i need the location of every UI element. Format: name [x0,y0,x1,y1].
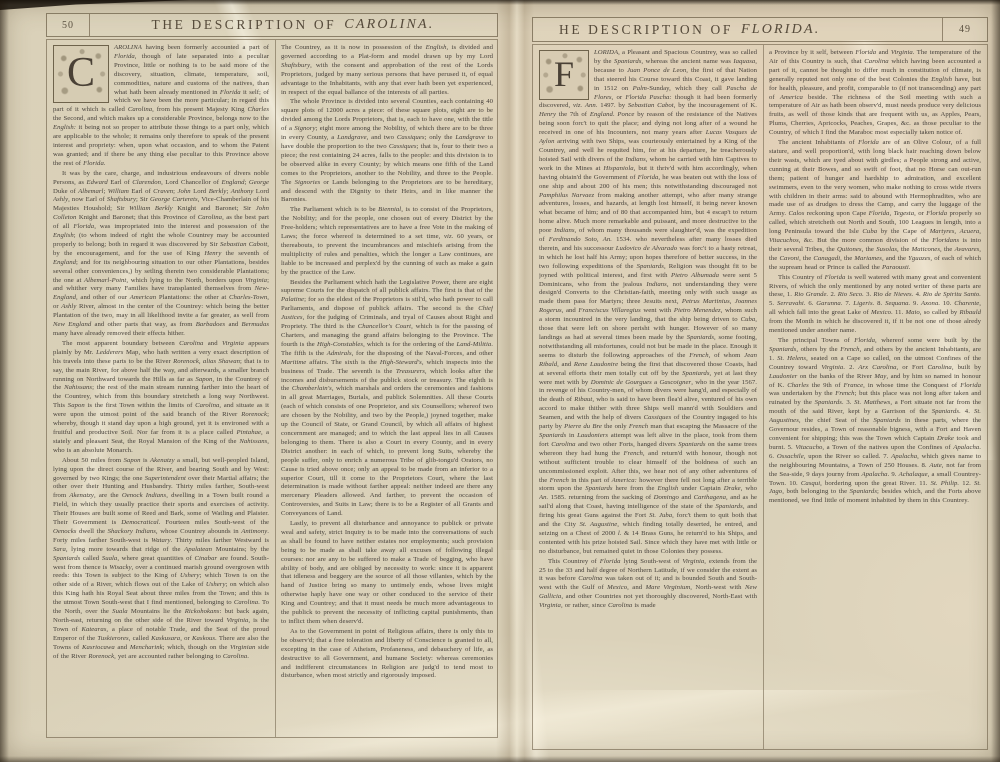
paragraph: Besides the Parliament which hath the Le… [281,279,493,519]
text-column-1: CAROLINA having been formerly accounted … [53,44,269,731]
paragraph-text: It was by the care, charge, and industri… [53,170,269,337]
paragraph-text: The whole Province is divided into sever… [281,98,493,203]
paragraph: a Province by it self, between Florida a… [769,49,981,138]
paragraph-text: a Province by it self, between Florida a… [769,49,981,136]
page-title: HE DESCRIPTION OF FLORIDA. [533,18,941,41]
scanned-book-spread: 50 THE DESCRIPTION OF CAROLINA. CAROLINA… [0,0,1000,762]
paragraph: The ancient Inhabitants of Florida are o… [769,139,981,273]
paragraph-text: The principal Towns of Florida, whereof … [769,337,981,504]
text-column-2: a Province by it self, between Florida a… [769,49,981,743]
paragraph-text: As to the Government in point of Religio… [281,628,493,680]
running-header: 50 THE DESCRIPTION OF CAROLINA. [46,13,498,37]
paragraph-text: The Parliament which is to be Biennial, … [281,206,493,275]
paragraph: The whole Province is divided into sever… [281,98,493,205]
paragraph-text: About 50 miles from Sapon is Akenatzy a … [53,457,269,660]
scan-edge-bottom [0,756,1000,762]
page-number: 50 [47,14,89,36]
ornate-drop-cap: C [53,45,109,103]
running-header: HE DESCRIPTION OF FLORIDA. 49 [532,17,988,42]
paragraph: The Parliament which is to be Biennial, … [281,206,493,277]
paragraph: The most apparent boundary between Carol… [53,340,269,456]
page-florida: HE DESCRIPTION OF FLORIDA. 49 FLORIDA, a… [532,0,988,762]
text-frame: FLORIDA, a Pleasant and Spacious Countre… [532,44,988,750]
page-number: 49 [943,18,987,41]
paragraph-text: This Countrey of Florida lying South-wes… [539,558,757,610]
page-carolina: 50 THE DESCRIPTION OF CAROLINA. CAROLINA… [46,0,498,762]
paragraph: About 50 miles from Sapon is Akenatzy a … [53,457,269,662]
paragraph-text: The ancient Inhabitants of Florida are o… [769,139,981,271]
paragraph: As to the Government in point of Religio… [281,628,493,681]
paragraph: It was by the care, charge, and industri… [53,170,269,339]
text-column-2: The Countrey, as it is now in possession… [281,44,493,731]
paragraph-text: Besides the Parliament which hath the Le… [281,279,493,518]
scan-edge-right [991,0,1000,762]
scan-edge-left [0,0,9,762]
paragraph: The Countrey, as it is now in possession… [281,44,493,97]
paragraph: This Country of Florida is well watered … [769,274,981,336]
page-title-italic: FLORIDA. [741,22,820,38]
paragraph: CAROLINA having been formerly accounted … [53,44,269,169]
paragraph: FLORIDA, a Pleasant and Spacious Countre… [539,49,757,557]
page-title-roman: THE DESCRIPTION OF [151,17,336,33]
paragraph-text: LORIDA, a Pleasant and Spacious Countrey… [539,49,757,555]
text-frame: CAROLINA having been formerly accounted … [46,39,498,738]
text-column-1: FLORIDA, a Pleasant and Spacious Countre… [539,49,757,743]
paragraph: This Countrey of Florida lying South-wes… [539,558,757,611]
page-title-italic: CAROLINA. [344,17,434,33]
page-title-roman: HE DESCRIPTION OF [559,22,733,38]
page-gutter-shadow [496,0,534,762]
paragraph: The principal Towns of Florida, whereof … [769,337,981,506]
page-title: THE DESCRIPTION OF CAROLINA. [89,14,497,36]
column-rule [275,40,276,737]
paragraph-text: The Countrey, as it is now in possession… [281,44,493,96]
paragraph: Lastly, to prevent all disturbance and a… [281,520,493,627]
column-rule [763,45,764,749]
paragraph-text: This Country of Florida is well watered … [769,274,981,334]
paragraph-text: Lastly, to prevent all disturbance and a… [281,520,493,625]
paragraph-text: The most apparent boundary between Carol… [53,340,269,454]
ornate-drop-cap: F [539,50,589,100]
